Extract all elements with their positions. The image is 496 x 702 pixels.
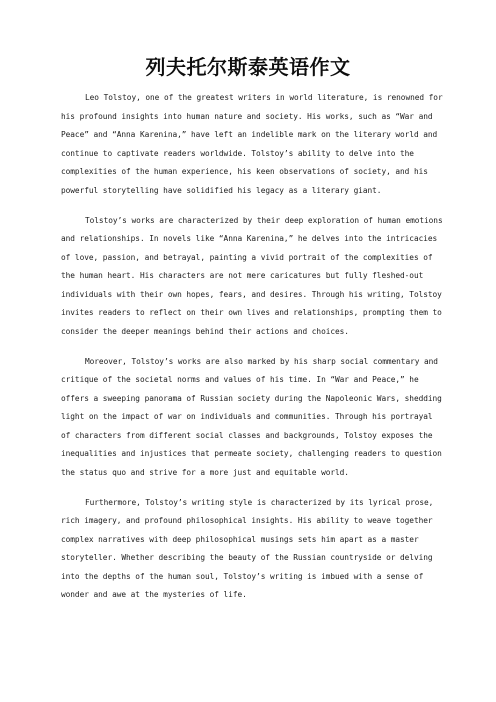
text-line: powerful storytelling have solidified hi… [61, 182, 441, 201]
essay-body: Leo Tolstoy, one of the greatest writers… [61, 89, 441, 605]
paragraph: Leo Tolstoy, one of the greatest writers… [61, 89, 441, 200]
text-line: the human heart. His characters are not … [61, 267, 441, 286]
paragraph: Furthermore, Tolstoy’s writing style is … [61, 494, 441, 605]
text-line: Leo Tolstoy, one of the greatest writers… [61, 89, 441, 108]
text-line: of love, passion, and betrayal, painting… [61, 249, 441, 268]
text-line: offers a sweeping panorama of Russian so… [61, 390, 441, 409]
text-line: into the depths of the human soul, Tolst… [61, 568, 441, 587]
document-page: 列夫托尔斯泰英语作文 Leo Tolstoy, one of the great… [0, 0, 496, 702]
document-title: 列夫托尔斯泰英语作文 [0, 52, 496, 82]
text-line: Moreover, Tolstoy’s works are also marke… [61, 353, 441, 372]
text-line: Furthermore, Tolstoy’s writing style is … [61, 494, 441, 513]
text-line: consider the deeper meanings behind thei… [61, 323, 441, 342]
text-line: Tolstoy’s works are characterized by the… [61, 212, 441, 231]
text-line: invites readers to reflect on their own … [61, 304, 441, 323]
text-line: inequalities and injustices that permeat… [61, 445, 441, 464]
text-line: Peace” and “Anna Karenina,” have left an… [61, 126, 441, 145]
text-line: and relationships. In novels like “Anna … [61, 230, 441, 249]
text-line: continue to captivate readers worldwide.… [61, 145, 441, 164]
text-line: his profound insights into human nature … [61, 108, 441, 127]
text-line: individuals with their own hopes, fears,… [61, 286, 441, 305]
text-line: light on the impact of war on individual… [61, 408, 441, 427]
text-line: complexities of the human experience, hi… [61, 163, 441, 182]
paragraph: Moreover, Tolstoy’s works are also marke… [61, 353, 441, 483]
text-line: complex narratives with deep philosophic… [61, 531, 441, 550]
text-line: wonder and awe at the mysteries of life. [61, 586, 441, 605]
text-line: the status quo and strive for a more jus… [61, 464, 441, 483]
text-line: critique of the societal norms and value… [61, 371, 441, 390]
text-line: storyteller. Whether describing the beau… [61, 549, 441, 568]
text-line: of characters from different social clas… [61, 427, 441, 446]
paragraph: Tolstoy’s works are characterized by the… [61, 212, 441, 342]
text-line: rich imagery, and profound philosophical… [61, 512, 441, 531]
